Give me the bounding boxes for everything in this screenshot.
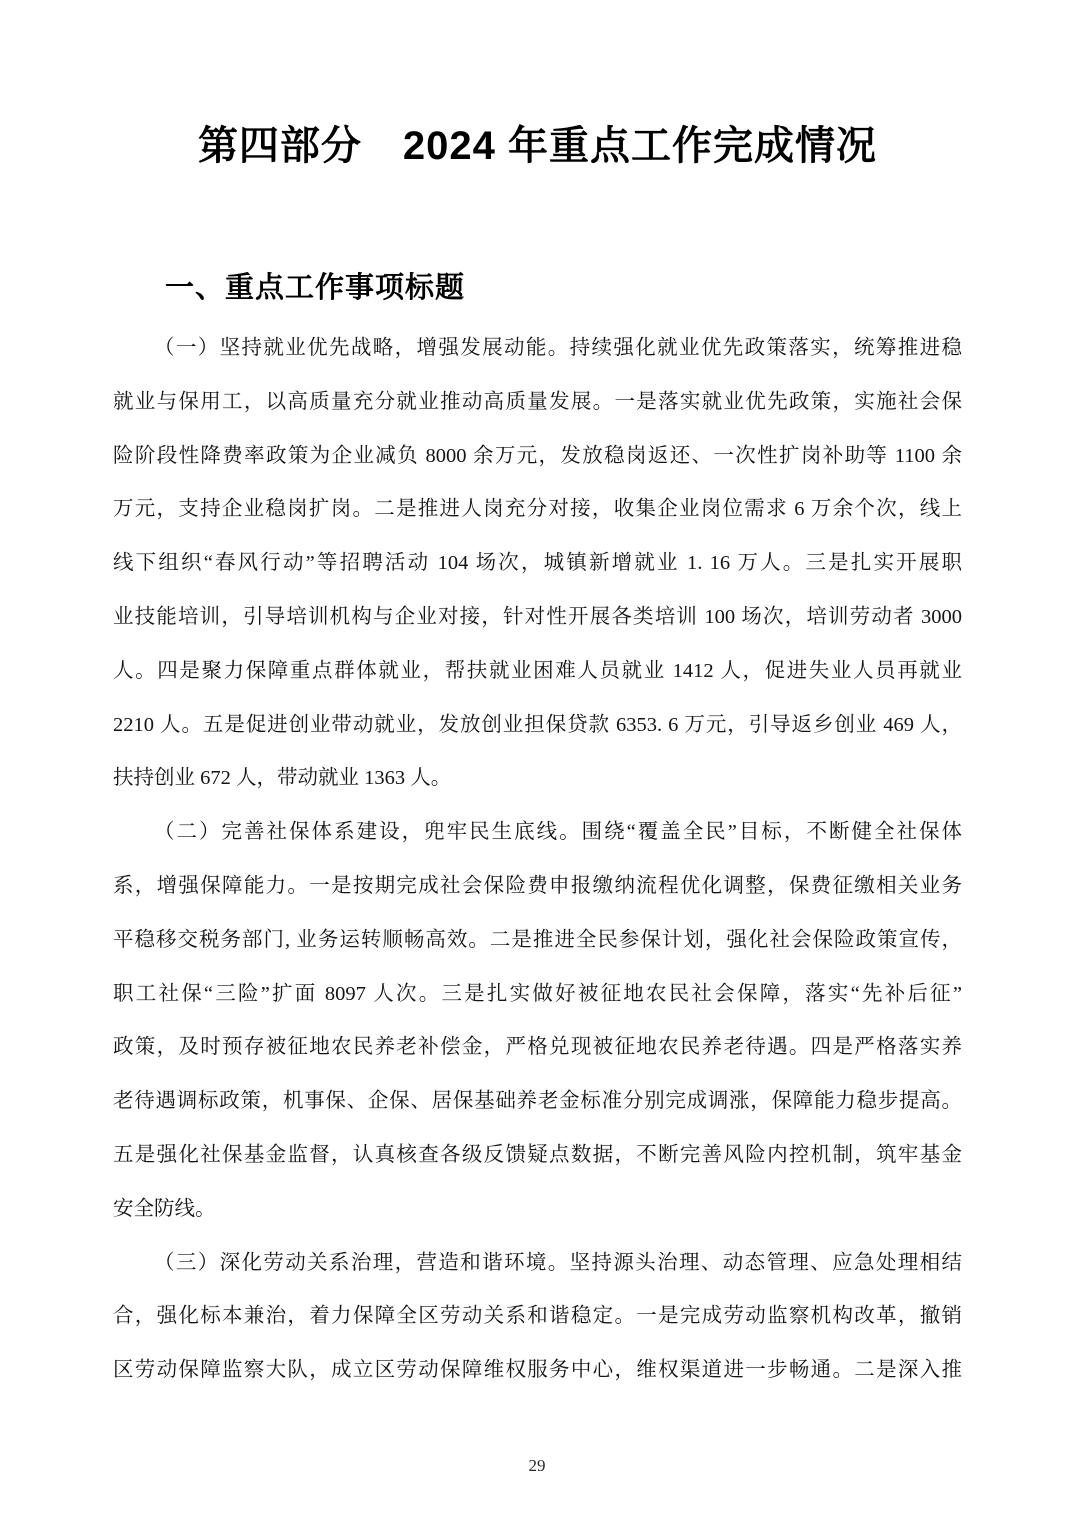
paragraph: （三）深化劳动关系治理，营造和谐环境。坚持源头治理、动态管理、应急处理相结合，强… xyxy=(113,1237,962,1398)
body-line: 区劳动保障监察大队，成立区劳动保障维权服务中心，维权渠道进一步畅通。二是深入推 xyxy=(113,1344,962,1398)
body-line: 线下组织“春风行动”等招聘活动 104 场次，城镇新增就业 1. 16 万人。三… xyxy=(113,537,962,591)
section-heading: 一、重点工作事项标题 xyxy=(113,268,962,308)
document-page: 第四部分 2024 年重点工作完成情况 一、重点工作事项标题 （一）坚持就业优先… xyxy=(0,0,1074,1520)
body-line: 职工社保“三险”扩面 8097 人次。三是扎实做好被征地农民社会保障，落实“先补… xyxy=(113,968,962,1022)
body-line: 人。四是聚力保障重点群体就业，帮扶就业困难人员就业 1412 人，促进失业人员再… xyxy=(113,645,962,699)
body-line: 合，强化标本兼治，着力保障全区劳动关系和谐稳定。一是完成劳动监察机构改革，撤销 xyxy=(113,1290,962,1344)
body-line: 险阶段性降费率政策为企业减负 8000 余万元，发放稳岗返还、一次性扩岗补助等 … xyxy=(113,430,962,484)
body-line: 老待遇调标政策，机事保、企保、居保基础养老金标准分别完成调涨，保障能力稳步提高。 xyxy=(113,1075,962,1129)
body-line: 系，增强保障能力。一是按期完成社会保险费申报缴纳流程优化调整，保费征缴相关业务 xyxy=(113,860,962,914)
body-line: 2210 人。五是促进创业带动就业，发放创业担保贷款 6353. 6 万元，引导… xyxy=(113,699,962,753)
paragraph: （二）完善社保体系建设，兜牢民生底线。围绕“覆盖全民”目标，不断健全社保体系，增… xyxy=(113,806,962,1236)
body-line: （一）坚持就业优先战略，增强发展动能。持续强化就业优先政策落实，统筹推进稳 xyxy=(113,322,962,376)
document-body: （一）坚持就业优先战略，增强发展动能。持续强化就业优先政策落实，统筹推进稳就业与… xyxy=(113,322,962,1398)
body-line: 平稳移交税务部门, 业务运转顺畅高效。二是推进全民参保计划，强化社会保险政策宣传… xyxy=(113,914,962,968)
body-line: 安全防线。 xyxy=(113,1183,962,1237)
body-line: 政策，及时预存被征地农民养老补偿金，严格兑现被征地农民养老待遇。四是严格落实养 xyxy=(113,1021,962,1075)
body-line: （二）完善社保体系建设，兜牢民生底线。围绕“覆盖全民”目标，不断健全社保体 xyxy=(113,806,962,860)
page-number: 29 xyxy=(0,1456,1074,1476)
body-line: 五是强化社保基金监督，认真核查各级反馈疑点数据，不断完善风险内控机制，筑牢基金 xyxy=(113,1129,962,1183)
document-title: 第四部分 2024 年重点工作完成情况 xyxy=(113,118,962,174)
body-line: 就业与保用工，以高质量充分就业推动高质量发展。一是落实就业优先政策，实施社会保 xyxy=(113,376,962,430)
body-line: 万元，支持企业稳岗扩岗。二是推进人岗充分对接，收集企业岗位需求 6 万余个次，线… xyxy=(113,483,962,537)
body-line: （三）深化劳动关系治理，营造和谐环境。坚持源头治理、动态管理、应急处理相结 xyxy=(113,1237,962,1291)
body-line: 扶持创业 672 人，带动就业 1363 人。 xyxy=(113,752,962,806)
paragraph: （一）坚持就业优先战略，增强发展动能。持续强化就业优先政策落实，统筹推进稳就业与… xyxy=(113,322,962,806)
body-line: 业技能培训，引导培训机构与企业对接，针对性开展各类培训 100 场次，培训劳动者… xyxy=(113,591,962,645)
